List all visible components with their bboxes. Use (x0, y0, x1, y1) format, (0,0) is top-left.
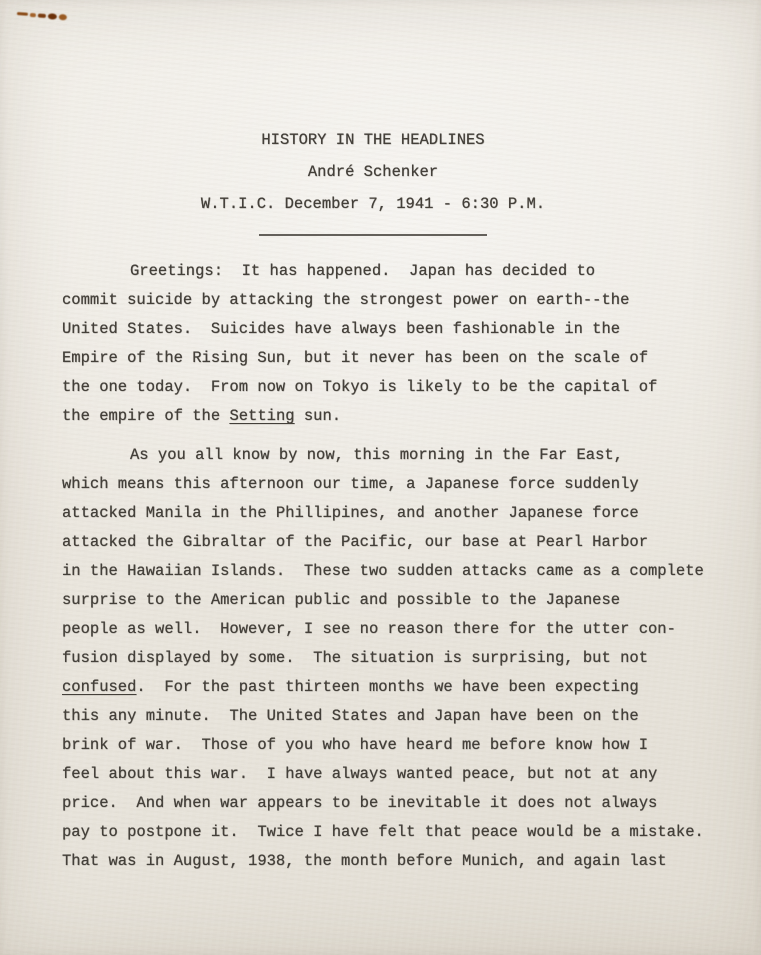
text-segment: fusion displayed by some. The situation … (62, 649, 648, 667)
text-segment: Greetings: It has happened. Japan has de… (130, 262, 595, 280)
text-line: Greetings: It has happened. Japan has de… (62, 257, 742, 286)
text-line: That was in August, 1938, the month befo… (62, 847, 742, 876)
text-segment: brink of war. Those of you who have hear… (62, 736, 648, 754)
text-segment: Empire of the Rising Sun, but it never h… (62, 349, 648, 367)
text-segment: commit suicide by attacking the stronges… (62, 291, 629, 309)
text-segment: . For the past thirteen months we have b… (136, 678, 638, 696)
text-line: pay to postpone it. Twice I have felt th… (62, 818, 742, 847)
text-line: commit suicide by attacking the stronges… (62, 286, 742, 315)
text-segment: attacked Manila in the Phillipines, and … (62, 504, 639, 522)
text-line: confused. For the past thirteen months w… (62, 673, 742, 702)
text-segment: which means this afternoon our time, a J… (62, 475, 639, 493)
text-segment: people as well. However, I see no reason… (62, 620, 676, 638)
text-line: brink of war. Those of you who have hear… (62, 731, 742, 760)
text-line: this any minute. The United States and J… (62, 702, 742, 731)
paragraph: Greetings: It has happened. Japan has de… (62, 257, 742, 431)
text-line: which means this afternoon our time, a J… (62, 470, 742, 499)
text-line: feel about this war. I have always wante… (62, 760, 742, 789)
text-segment: the one today. From now on Tokyo is like… (62, 378, 657, 396)
text-segment: attacked the Gibraltar of the Pacific, o… (62, 533, 648, 551)
divider-rule (259, 234, 487, 236)
text-line: people as well. However, I see no reason… (62, 615, 742, 644)
text-segment: United States. Suicides have always been… (62, 320, 620, 338)
text-line: Empire of the Rising Sun, but it never h… (62, 344, 742, 373)
text-line: the empire of the Setting sun. (62, 402, 742, 431)
document-author: André Schenker (0, 156, 746, 188)
text-line: fusion displayed by some. The situation … (62, 644, 742, 673)
text-segment: in the Hawaiian Islands. These two sudde… (62, 562, 704, 580)
paragraph: As you all know by now, this morning in … (62, 441, 742, 876)
text-segment: surprise to the American public and poss… (62, 591, 620, 609)
underlined-text: confused (62, 678, 136, 696)
text-line: attacked Manila in the Phillipines, and … (62, 499, 742, 528)
text-line: As you all know by now, this morning in … (62, 441, 742, 470)
scanned-typescript-page: HISTORY IN THE HEADLINES André Schenker … (0, 0, 761, 955)
text-line: in the Hawaiian Islands. These two sudde… (62, 557, 742, 586)
text-line: surprise to the American public and poss… (62, 586, 742, 615)
document-header: HISTORY IN THE HEADLINES André Schenker … (0, 124, 746, 236)
text-line: the one today. From now on Tokyo is like… (62, 373, 742, 402)
rust-stain (17, 9, 68, 21)
text-segment: price. And when war appears to be inevit… (62, 794, 657, 812)
document-station-date: W.T.I.C. December 7, 1941 - 6:30 P.M. (0, 188, 746, 220)
text-line: United States. Suicides have always been… (62, 315, 742, 344)
underlined-text: Setting (229, 407, 294, 425)
text-segment: As you all know by now, this morning in … (130, 446, 623, 464)
text-segment: That was in August, 1938, the month befo… (62, 852, 667, 870)
text-line: attacked the Gibraltar of the Pacific, o… (62, 528, 742, 557)
text-segment: this any minute. The United States and J… (62, 707, 639, 725)
text-segment: feel about this war. I have always wante… (62, 765, 657, 783)
text-segment: sun. (295, 407, 342, 425)
document-title: HISTORY IN THE HEADLINES (0, 124, 746, 156)
document-body: Greetings: It has happened. Japan has de… (62, 257, 742, 876)
text-line: price. And when war appears to be inevit… (62, 789, 742, 818)
text-segment: pay to postpone it. Twice I have felt th… (62, 823, 704, 841)
text-segment: the empire of the (62, 407, 229, 425)
